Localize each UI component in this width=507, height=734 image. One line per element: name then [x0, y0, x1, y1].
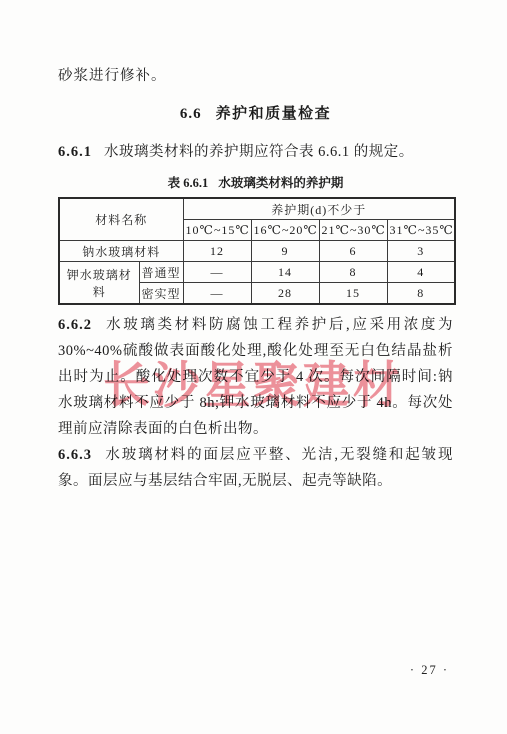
header-material: 材料名称: [59, 198, 183, 241]
paragraph-continuation: 砂浆进行修补。: [58, 64, 453, 85]
clause-number: 6.6.3: [58, 447, 92, 463]
cell-value: 28: [251, 283, 319, 305]
cell-value: 9: [251, 241, 319, 262]
clause-number: 6.6.1: [58, 144, 92, 160]
clause-number: 6.6.2: [58, 317, 92, 333]
header-temp-1: 10℃~15℃: [183, 220, 251, 241]
curing-period-table: 材料名称 养护期(d)不少于 10℃~15℃ 16℃~20℃ 21℃~30℃ 3…: [58, 197, 456, 305]
header-period: 养护期(d)不少于: [183, 198, 455, 220]
table-caption: 表 6.6.1水玻璃类材料的养护期: [58, 173, 453, 191]
table-header-row-1: 材料名称 养护期(d)不少于: [59, 198, 455, 220]
table-row: 钾水玻璃材料 普通型 — 14 8 4: [59, 262, 455, 283]
header-temp-2: 16℃~20℃: [251, 220, 319, 241]
cell-subtype: 密实型: [139, 283, 183, 305]
table-number: 表 6.6.1: [168, 176, 209, 190]
clause-text: 水玻璃类材料的养护期应符合表 6.6.1 的规定。: [104, 144, 414, 160]
cell-material: 钾水玻璃材料: [59, 262, 139, 305]
section-heading: 6.6养护和质量检查: [58, 102, 453, 123]
cell-value: 8: [387, 283, 455, 305]
cell-value: 4: [387, 262, 455, 283]
cell-material: 钠水玻璃材料: [59, 241, 183, 262]
cell-subtype: 普通型: [139, 262, 183, 283]
page-content: 砂浆进行修补。 6.6养护和质量检查 6.6.1水玻璃类材料的养护期应符合表 6…: [58, 64, 453, 494]
header-temp-4: 31℃~35℃: [387, 220, 455, 241]
section-title: 养护和质量检查: [216, 106, 332, 122]
cell-value: —: [183, 262, 251, 283]
clause-text: 水玻璃类材料防腐蚀工程养护后,应采用浓度为 30%~40%硫酸做表面酸化处理,酸…: [58, 317, 453, 437]
cell-value: 8: [319, 262, 387, 283]
table-title: 水玻璃类材料的养护期: [218, 176, 343, 190]
cell-value: 12: [183, 241, 251, 262]
cell-value: —: [183, 283, 251, 305]
paragraph-6-6-2: 6.6.2水玻璃类材料防腐蚀工程养护后,应采用浓度为 30%~40%硫酸做表面酸…: [58, 312, 453, 442]
header-temp-3: 21℃~30℃: [319, 220, 387, 241]
paragraph-6-6-3: 6.6.3水玻璃材料的面层应平整、光洁,无裂缝和起皱现象。面层应与基层结合牢固,…: [58, 442, 453, 494]
paragraph-6-6-1: 6.6.1水玻璃类材料的养护期应符合表 6.6.1 的规定。: [58, 139, 453, 165]
clause-text: 水玻璃材料的面层应平整、光洁,无裂缝和起皱现象。面层应与基层结合牢固,无脱层、起…: [58, 447, 453, 489]
page-number: · 27 ·: [410, 663, 449, 678]
table-row: 钠水玻璃材料 12 9 6 3: [59, 241, 455, 262]
section-number: 6.6: [180, 106, 202, 122]
document-page: 砂浆进行修补。 6.6养护和质量检查 6.6.1水玻璃类材料的养护期应符合表 6…: [0, 0, 507, 734]
cell-value: 15: [319, 283, 387, 305]
cell-value: 6: [319, 241, 387, 262]
cell-value: 3: [387, 241, 455, 262]
cell-value: 14: [251, 262, 319, 283]
